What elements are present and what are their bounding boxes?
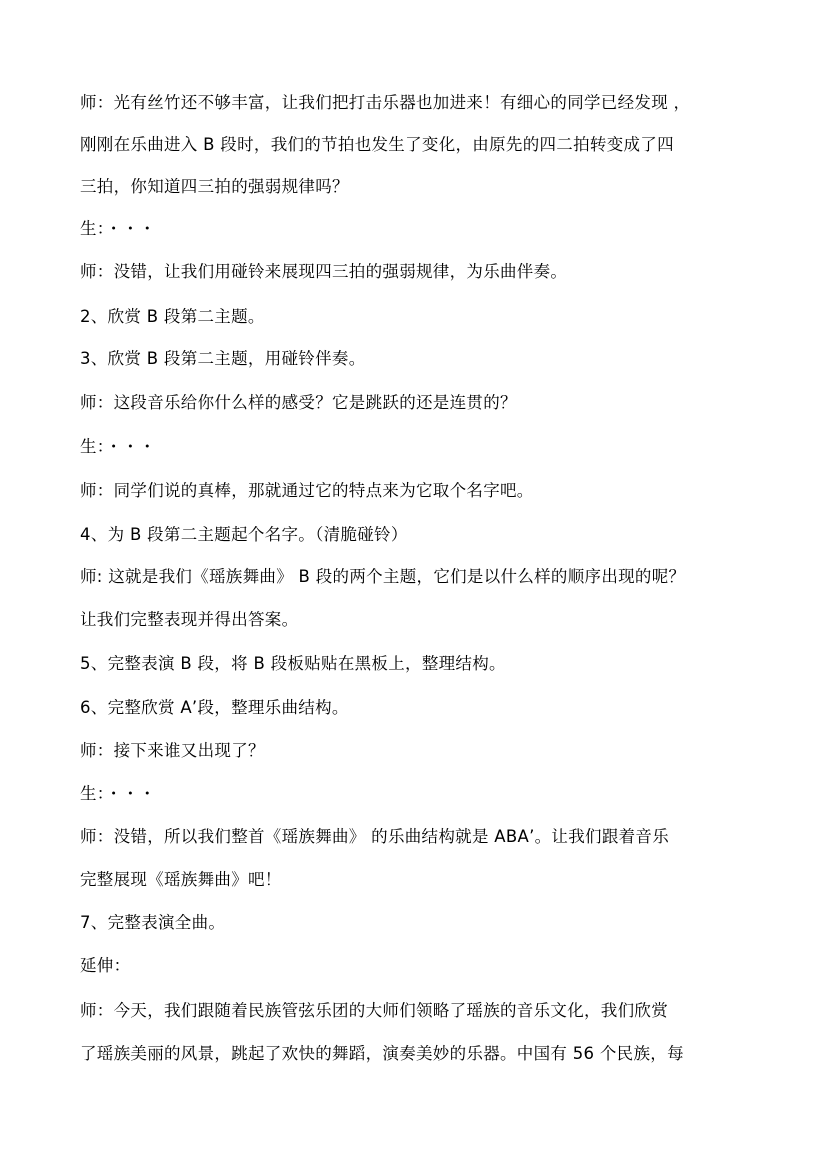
text-line: 完整展现《瑶族舞曲》吧！ <box>80 869 282 891</box>
text-line: 了瑶族美丽的风景，跳起了欢快的舞蹈，演奏美妙的乐器。中国有 56 个民族，每 <box>80 1043 684 1065</box>
text-line: 延伸： <box>80 955 130 977</box>
text-line: 三拍，你知道四三拍的强弱规律吗？ <box>80 176 349 198</box>
text-line: 3、欣赏 B 段第二主题，用碰铃伴奏。 <box>80 348 366 370</box>
text-line: 2、欣赏 B 段第二主题。 <box>80 306 265 328</box>
text-line: 6、完整欣赏 A’段，整理乐曲结构。 <box>80 697 349 719</box>
text-line: 师：没错，让我们用碰铃来展现四三拍的强弱规律，为乐曲伴奏。 <box>80 261 567 283</box>
text-line: 4、为 B 段第二主题起个名字。（清脆碰铃） <box>80 524 408 546</box>
text-line: 生：・・・ <box>80 218 156 240</box>
text-line: 生：・・・ <box>80 436 156 458</box>
text-line: 让我们完整表现并得出答案。 <box>80 609 298 631</box>
text-line: 师：没错，所以我们整首《瑶族舞曲》 的乐曲结构就是 ABA’。让我们跟着音乐 <box>80 826 669 848</box>
text-line: 生：・・・ <box>80 783 156 805</box>
text-line: 师: 这就是我们《瑶族舞曲》 B 段的两个主题，它们是以什么样的顺序出现的呢？ <box>80 566 685 588</box>
text-line: 师：光有丝竹还不够丰富，让我们把打击乐器也加进来！有细心的同学已经发现 ， <box>80 92 690 114</box>
text-line: 7、完整表演全曲。 <box>80 912 225 934</box>
text-line: 师：接下来谁又出现了？ <box>80 740 265 762</box>
text-line: 刚刚在乐曲进入 B 段时，我们的节拍也发生了变化，由原先的四二拍转变成了四 <box>80 134 674 156</box>
text-line: 5、完整表演 B 段，将 B 段板贴贴在黑板上，整理结构。 <box>80 653 506 675</box>
text-line: 师：今天，我们跟随着民族管弦乐团的大师们领略了瑶族的音乐文化，我们欣赏 <box>80 1000 668 1022</box>
text-line: 师：同学们说的真棒，那就通过它的特点来为它取个名字吧。 <box>80 480 534 502</box>
text-line: 师：这段音乐给你什么样的感受？它是跳跃的还是连贯的？ <box>80 392 517 414</box>
document-page: 师：光有丝竹还不够丰富，让我们把打击乐器也加进来！有细心的同学已经发现 ， 刚刚… <box>0 0 827 1170</box>
